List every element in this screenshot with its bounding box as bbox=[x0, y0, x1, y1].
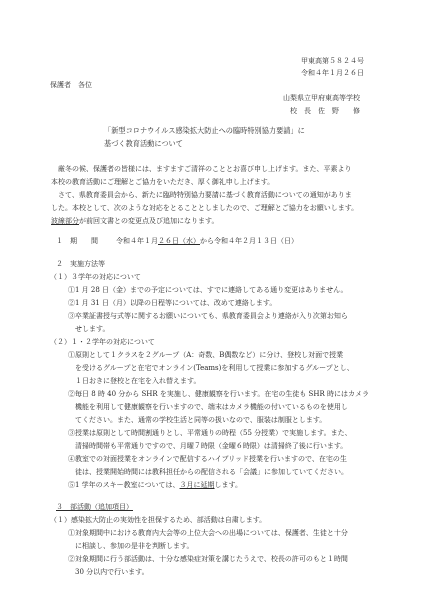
section2-sub2-item: ④教室での対面授業をオンラインで配信するハイブリッド授業を行いますので、在宅の生 bbox=[68, 454, 347, 464]
intro-paragraph2-line1: さて、県教育委員会から、新たに臨時特別協力要請に基づく教育活動についての通知があ… bbox=[51, 190, 352, 200]
section2-sub1-heading: （１）３学年の対応について bbox=[50, 272, 141, 282]
section2-sub2-item: 機能を利用して健康観察を行いますので、端末はカメラ機能の付いているものを使用し bbox=[68, 402, 348, 412]
intro-paragraph2-line2: した。本校として、次のような対応をとることとしましたので、ご理解とご協力をお願い… bbox=[51, 203, 358, 213]
intro-paragraph1-line1: 厳冬の候、保護者の皆様には、ますますご清祥のこととお喜び申し上げます。また、平素… bbox=[51, 164, 351, 174]
section2-sub2-item5: ⑤1 学年のスキー教室については、３月に延期します。 bbox=[68, 480, 242, 490]
section2-sub2-item: 徒は、授業開始時間には教科担任からの配信される「会議」に参加していてください。 bbox=[68, 467, 348, 477]
addressee: 保護者 各位 bbox=[50, 80, 92, 90]
section1-label: １ 期 間 bbox=[56, 237, 98, 245]
section2-sub2-item: てください。また、通常の学校生活と同等の扱いなので、服装は制服とします。 bbox=[68, 415, 326, 425]
document-title-line2: 基づく教育活動について bbox=[104, 139, 183, 149]
intro-note: 波線部分が前回文書との変更点及び追加になります。 bbox=[51, 216, 218, 226]
underlined-note-label: 波線部分 bbox=[51, 217, 79, 225]
section2-sub2-item: １日おきに登校と在宅を入れ替えます。 bbox=[68, 376, 200, 386]
principal-name: 校 長 佐 野 修 bbox=[290, 106, 360, 116]
section3-sub1-heading: （１）感染拡大防止の実効性を担保するため、部活動は自粛します。 bbox=[50, 515, 266, 525]
item5-text: ⑤1 学年のスキー教室については、 bbox=[68, 481, 180, 489]
period-end: から令和４年２月１３日（日） bbox=[200, 237, 298, 245]
section2-heading: ２ 実施方法等 bbox=[56, 259, 105, 269]
section2-sub1-item: ③卒業証書授与式等に関するお願いについても、県教育委員会より連絡が入り次第お知ら bbox=[68, 311, 348, 321]
section3-sub1-item: に相談し、参加の是非を判断します。 bbox=[68, 541, 193, 551]
document-number: 甲東高第５８２４号 bbox=[301, 56, 364, 66]
document-title-line1: 「新型コロナウイルス感染拡大防止への臨時特別協力要請」に bbox=[104, 126, 305, 136]
section3-sub1-item: 30 分以内で行います。 bbox=[68, 567, 149, 577]
section2-sub2-heading: （２）１・２学年の対応について bbox=[50, 337, 155, 347]
section2-sub2-item: 清掃時間帯も平常通りですので、月曜７時限（金曜６時限）は清掃終了後に行います。 bbox=[68, 441, 347, 451]
section2-sub1-item: ②1 月 31 日（月）以降の日程等については、改めて連絡します。 bbox=[68, 298, 276, 308]
period-start: 令和４年１月 bbox=[116, 237, 158, 245]
intro-paragraph1-line2: 本校の教育活動にご理解とご協力をいただき、厚く御礼申し上げます。 bbox=[51, 177, 274, 187]
section2-sub2-item: ②毎日 8 時 40 分から SHR を実施し、健康観察を行います。在宅の生徒も… bbox=[68, 389, 369, 399]
school-name: 山梨県立甲府東高等学校 bbox=[283, 93, 360, 103]
period-changed-date: ２６日（水） bbox=[158, 237, 200, 245]
section3-sub1-item: ②対象期間に行う部活動は、十分な感染症対策を講じたうえで、校長の許可のもと１時間 bbox=[68, 554, 348, 564]
section2-sub2-item: ③授業は原則として時間割通りとし、平常通りの時程（55 分授業）で実施します。ま… bbox=[68, 428, 352, 438]
item5-text-end: します。 bbox=[215, 481, 242, 489]
intro-note-text: が前回文書との変更点及び追加になります。 bbox=[79, 217, 218, 225]
section1-period: １ 期 間令和４年１月２６日（水）から令和４年２月１３日（日） bbox=[56, 236, 298, 246]
section2-sub2-item: ①原則として１クラスを２グループ（A：奇数、B偶数など）に分け、登校し対面で授業 bbox=[68, 350, 343, 360]
item5-underlined: ３月に延期 bbox=[180, 481, 215, 489]
section3-sub1-item: ①対象期間中における教育内大会等の上位大会への出場については、保護者、生徒と十分 bbox=[68, 528, 348, 538]
section2-sub1-item: せします。 bbox=[68, 324, 109, 334]
section3-heading: ３ 部活動（追加項目） bbox=[56, 502, 133, 512]
section2-sub2-item: を受けるグループと在宅でオンライン(Teams)を利用して授業に参加するグループ… bbox=[68, 363, 354, 373]
section2-sub1-item: ①1 月 28 日（金）までの予定については、すでに連絡してある通り変更はありま… bbox=[68, 285, 348, 295]
document-date: 令和４年１月２６日 bbox=[301, 68, 364, 78]
